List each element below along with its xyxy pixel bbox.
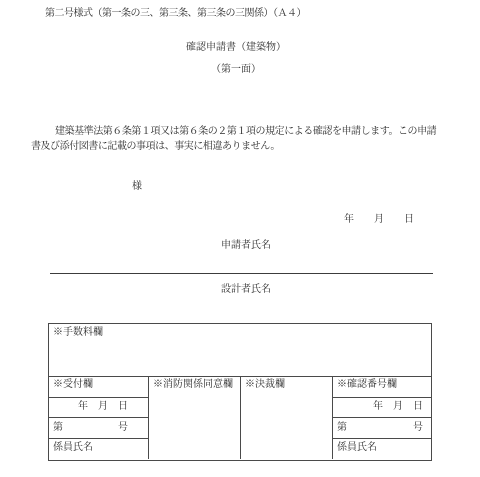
reception-number-cell: 第 号 [49,418,148,439]
addressee-honorific: 様 [132,182,142,192]
confirmation-number-cell: 第 号 [333,418,431,439]
form-number-line: 第二号様式（第一条の三、第三条、第三条の三関係）（Ａ４） [45,9,306,19]
office-use-columns: ※受付欄 年 月 日 第 号 係員氏名 ※消防関係同意欄 ※決裁欄 ※確認番号欄… [49,377,431,459]
application-date-line: 年 月 日 [344,215,414,225]
office-use-table: ※手数料欄 ※受付欄 年 月 日 第 号 係員氏名 ※消防関係同意欄 ※決裁欄 … [48,323,432,461]
confirmation-date-cell: 年 月 日 [333,398,431,418]
fee-cell: ※手数料欄 [49,324,431,377]
form-page: 第二号様式（第一条の三、第三条、第三条の三関係）（Ａ４） 確認申請書（建築物） … [0,0,480,477]
designer-name-label: 設計者氏名 [221,285,271,295]
confirmation-staff-cell: 係員氏名 [333,439,431,459]
approval-label: ※決裁欄 [241,377,332,398]
document-title: 確認申請書（建築物） [0,43,472,53]
reception-column: ※受付欄 年 月 日 第 号 係員氏名 [49,377,148,459]
fire-consent-column: ※消防関係同意欄 [148,377,240,459]
confirmation-number-prefix: 第 [337,423,347,438]
reception-staff-cell: 係員氏名 [49,439,148,459]
signature-divider-line [50,273,433,274]
declaration-paragraph: 建築基準法第６条第１項又は第６条の２第１項の規定による確認を申請します。この申請… [31,124,461,154]
reception-number-prefix: 第 [53,423,63,438]
confirmation-number-suffix: 号 [413,423,423,438]
reception-date-cell: 年 月 日 [49,398,148,418]
approval-column: ※決裁欄 [240,377,332,459]
fire-consent-label: ※消防関係同意欄 [149,377,240,398]
reception-label: ※受付欄 [49,377,148,398]
applicant-name-label: 申請者氏名 [221,241,271,251]
reception-number-suffix: 号 [118,423,128,438]
declaration-line-1: 建築基準法第６条第１項又は第６条の２第１項の規定による確認を申請します。この申請 [31,124,461,139]
confirmation-number-column: ※確認番号欄 年 月 日 第 号 係員氏名 [332,377,431,459]
page-number-label: （第一面） [0,65,472,75]
declaration-line-2: 書及び添付図書に記載の事項は、事実に相違ありません。 [31,139,461,154]
confirmation-number-label: ※確認番号欄 [333,377,431,398]
